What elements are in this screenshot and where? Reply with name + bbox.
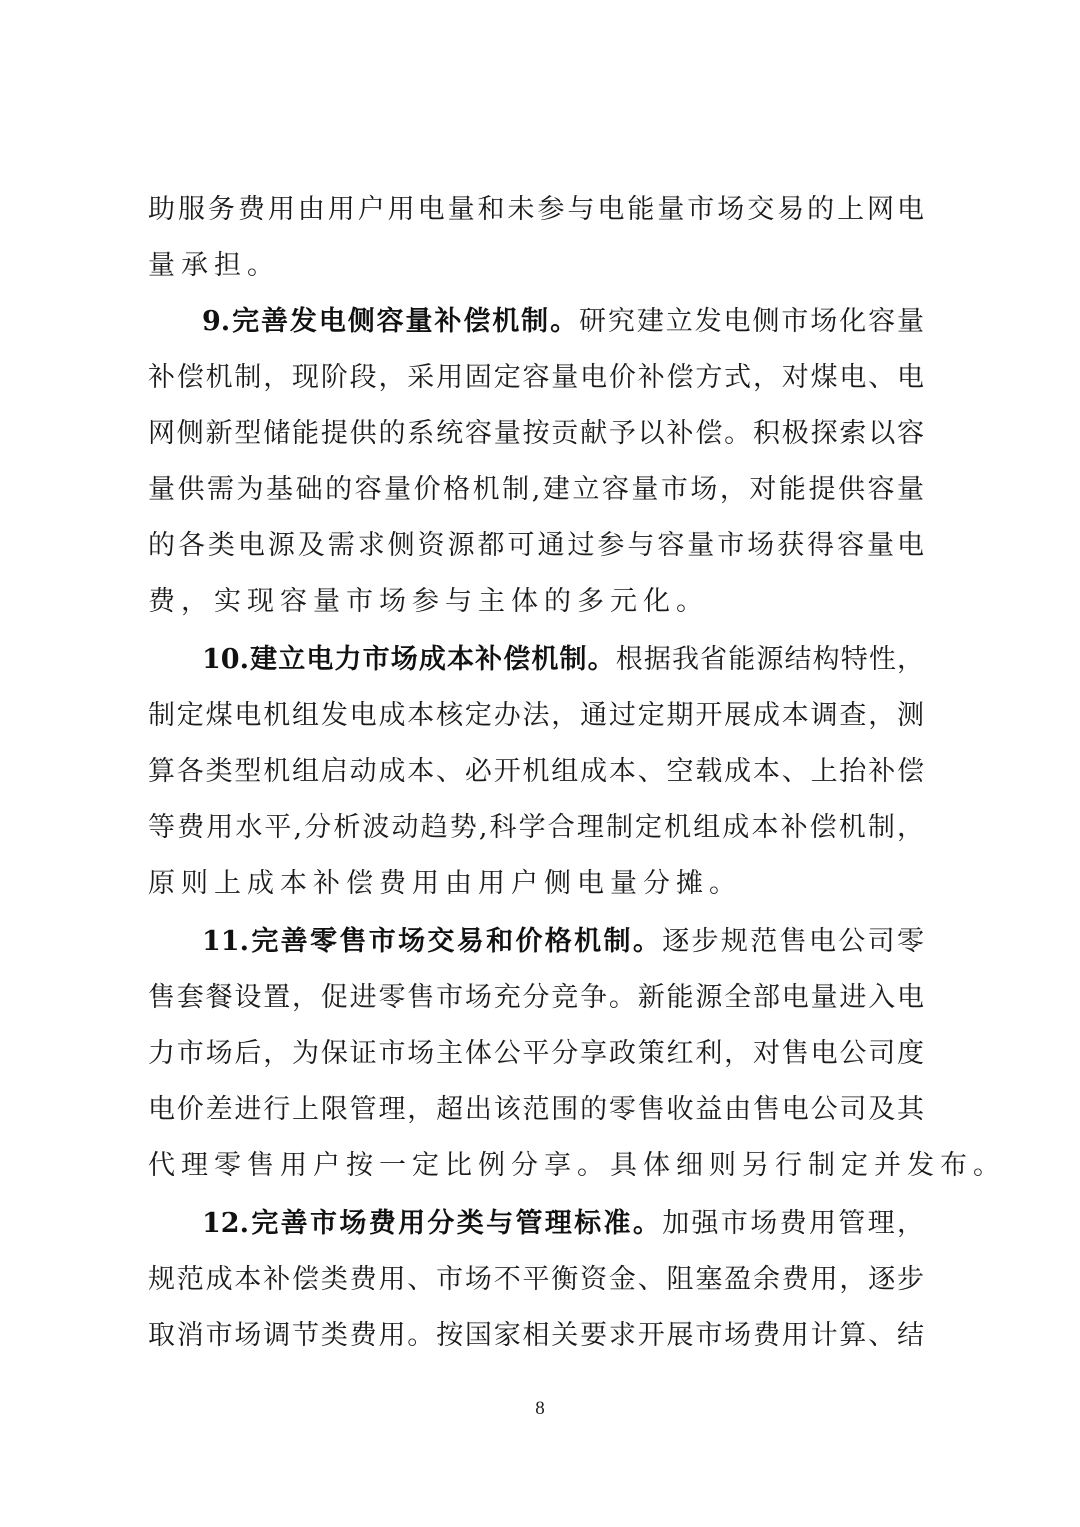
body-line: 补偿机制，现阶段，采用固定容量电价补偿方式，对煤电、电 [148, 358, 924, 398]
body-line: 助服务费用由用户用电量和未参与电能量市场交易的上网电 [148, 190, 924, 230]
section-heading-10: 10.建立电力市场成本补偿机制。 [202, 644, 616, 675]
body-line: 费，实现容量市场参与主体的多元化。 [148, 582, 924, 622]
section-text: 加强市场费用管理， [662, 1208, 924, 1239]
body-line: 算各类型机组启动成本、必开机组成本、空载成本、上抬补偿 [148, 752, 924, 792]
body-line: 原则上成本补偿费用由用户侧电量分摊。 [148, 864, 924, 904]
body-line: 代理零售用户按一定比例分享。具体细则另行制定并发布。 [148, 1146, 924, 1186]
body-line: 规范成本补偿类费用、市场不平衡资金、阻塞盈余费用，逐步 [148, 1260, 924, 1300]
body-line: 力市场后，为保证市场主体公平分享政策红利，对售电公司度 [148, 1034, 924, 1074]
document-page: 助服务费用由用户用电量和未参与电能量市场交易的上网电 量承担。 9.完善发电侧容… [0, 0, 1080, 1527]
body-line: 网侧新型储能提供的系统容量按贡献予以补偿。积极探索以容 [148, 414, 924, 454]
section-11-first-line: 11.完善零售市场交易和价格机制。逐步规范售电公司零 [202, 922, 924, 962]
section-text: 研究建立发电侧市场化容量 [579, 306, 924, 337]
body-line: 的各类电源及需求侧资源都可通过参与容量市场获得容量电 [148, 526, 924, 566]
page-number: 8 [0, 1398, 1080, 1420]
section-10-first-line: 10.建立电力市场成本补偿机制。根据我省能源结构特性， [202, 640, 924, 680]
section-heading-9: 9.完善发电侧容量补偿机制。 [202, 306, 579, 337]
section-heading-12: 12.完善市场费用分类与管理标准。 [202, 1208, 662, 1239]
body-line: 取消市场调节类费用。按国家相关要求开展市场费用计算、结 [148, 1316, 924, 1356]
body-line: 电价差进行上限管理，超出该范围的零售收益由售电公司及其 [148, 1090, 924, 1130]
section-9-first-line: 9.完善发电侧容量补偿机制。研究建立发电侧市场化容量 [202, 302, 924, 342]
body-line: 制定煤电机组发电成本核定办法，通过定期开展成本调查，测 [148, 696, 924, 736]
body-line: 量承担。 [148, 246, 924, 286]
section-text: 逐步规范售电公司零 [662, 926, 924, 957]
section-heading-11: 11.完善零售市场交易和价格机制。 [202, 926, 662, 957]
section-12-first-line: 12.完善市场费用分类与管理标准。加强市场费用管理， [202, 1204, 924, 1244]
section-text: 根据我省能源结构特性， [616, 644, 924, 675]
body-line: 等费用水平,分析波动趋势,科学合理制定机组成本补偿机制， [148, 808, 924, 848]
body-line: 量供需为基础的容量价格机制,建立容量市场，对能提供容量 [148, 470, 924, 510]
body-line: 售套餐设置，促进零售市场充分竞争。新能源全部电量进入电 [148, 978, 924, 1018]
